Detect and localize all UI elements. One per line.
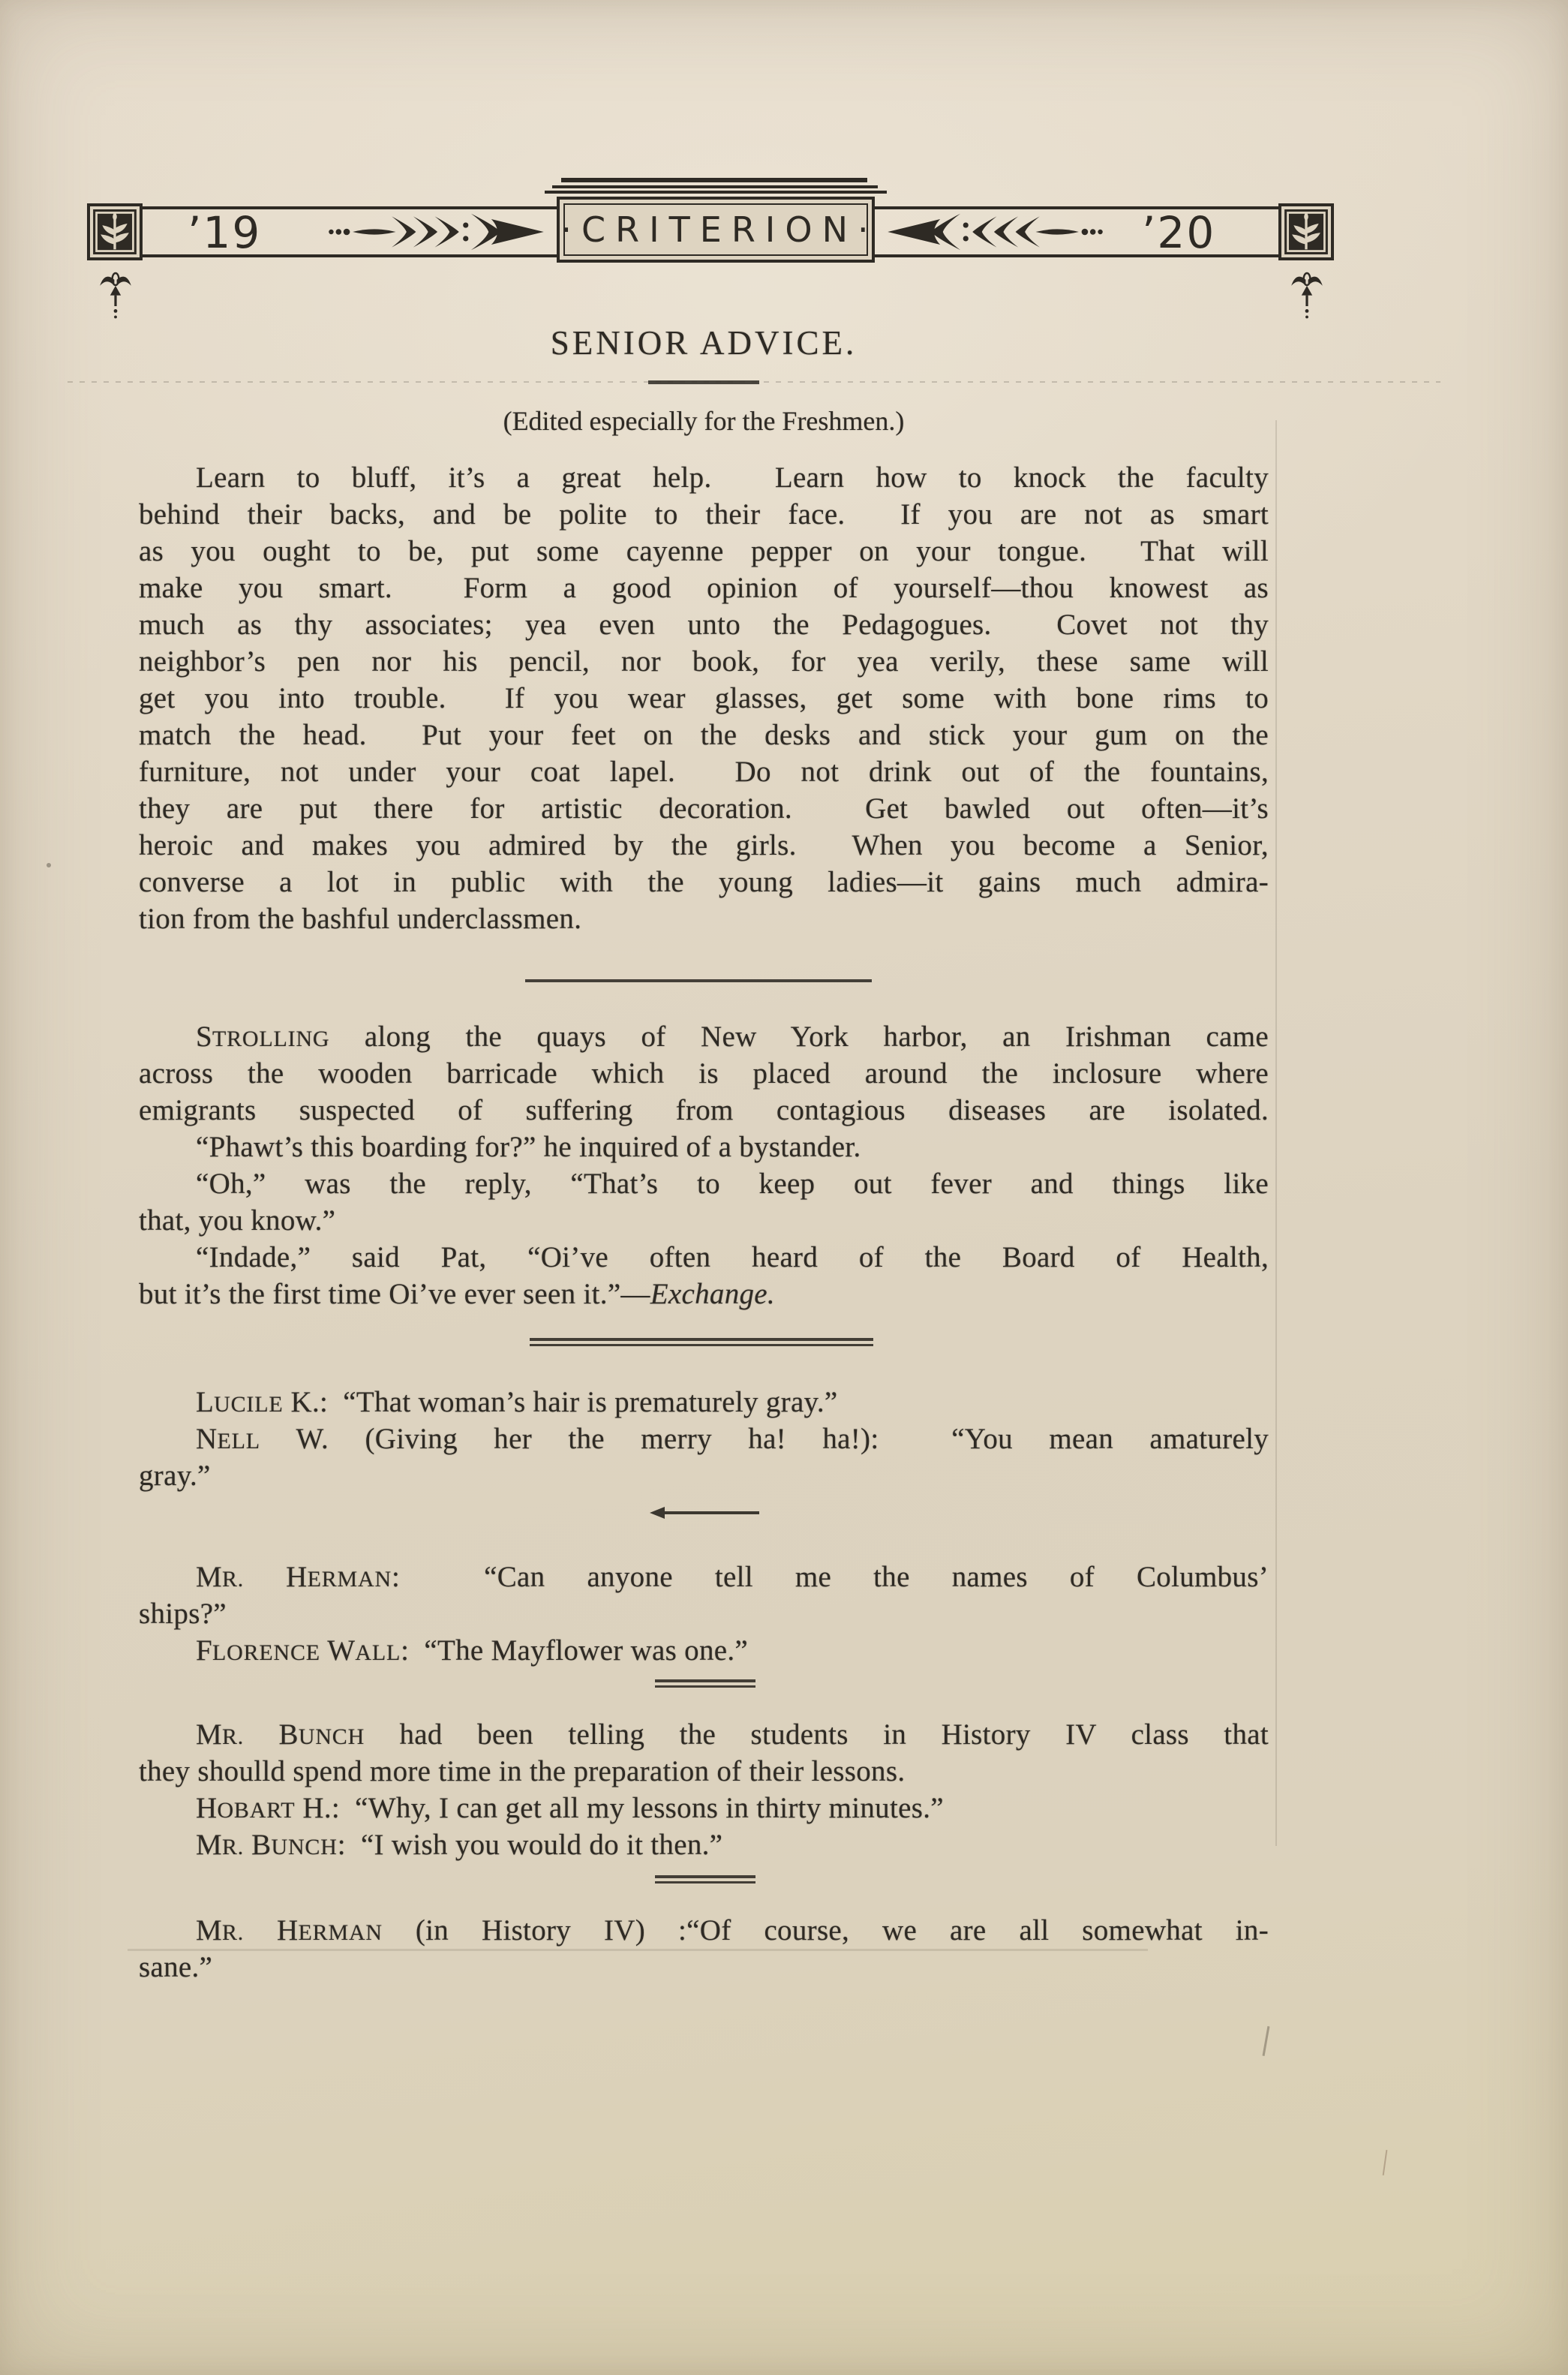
text-segment: H <box>196 1792 217 1824</box>
text-segment: R. <box>222 1835 244 1859</box>
text-line: make you smart. Form a good opinion of y… <box>139 570 1269 606</box>
text-segment: M <box>196 1829 222 1861</box>
text-segment: “Phawt’s this boarding for?” he inquired… <box>196 1131 861 1163</box>
text-segment: neighbor’s pen nor his pencil, nor book,… <box>139 645 1269 678</box>
text-segment: M <box>196 1718 222 1751</box>
text-segment: ships?” <box>139 1598 227 1630</box>
text-segment: H.: “Why, I can get all my lessons in th… <box>295 1792 944 1824</box>
feathered-arrows-right-icon <box>327 212 549 251</box>
text-segment: Learn to bluff, it’s a great help. Learn… <box>196 461 1269 494</box>
text-line: emigrants suspected of suffering from co… <box>139 1092 1269 1129</box>
text-segment: Exchange. <box>650 1278 775 1310</box>
text-line: NELL W. (Giving her the merry ha! ha!): … <box>139 1420 1269 1457</box>
text-segment: W. (Giving her the merry ha! ha!): “You … <box>260 1423 1269 1455</box>
text-segment: along the quays of New York harbor, an I… <box>329 1021 1269 1053</box>
text-line: FLORENCE WALL: “The Mayflower was one.” <box>139 1632 1269 1669</box>
text-segment: W <box>320 1634 355 1667</box>
text-segment: converse a lot in public with the young … <box>139 866 1269 898</box>
text-segment: N <box>196 1423 217 1455</box>
masthead-cornice-bar <box>552 185 878 188</box>
paragraph: MR. HERMAN (in History IV) :“Of course, … <box>139 1912 1269 1986</box>
text-line: LUCILE K.: “That woman’s hair is prematu… <box>139 1384 1269 1420</box>
paragraph: MR. BUNCH had been telling the students … <box>139 1716 1269 1863</box>
text-segment: but it’s the first time Oi’ve ever seen … <box>139 1278 650 1310</box>
text-line: MR. HERMAN (in History IV) :“Of course, … <box>139 1912 1269 1949</box>
text-segment: H <box>244 1914 298 1947</box>
text-segment: (in History IV) :“Of course, we are all … <box>383 1914 1269 1947</box>
fern-leaf-icon <box>93 209 137 254</box>
text-segment: UNCH <box>271 1835 337 1859</box>
banner-corner-block-right <box>1278 203 1334 260</box>
fern-leaf-icon <box>1284 209 1328 254</box>
text-line: “Indade,” said Pat, “Oi’ve often heard o… <box>139 1239 1269 1276</box>
banner-year-left: ’19 <box>188 212 261 254</box>
divider-rule-short <box>655 1875 755 1883</box>
text-line: sane.” <box>139 1949 1269 1986</box>
text-line: tion from the bashful underclassmen. <box>139 900 1269 937</box>
text-segment: make you smart. Form a good opinion of y… <box>139 572 1269 604</box>
text-segment: H <box>244 1561 307 1593</box>
masthead-box: ·CRITERION· <box>557 197 875 263</box>
text-segment: F <box>196 1634 212 1667</box>
text-segment: UNCH <box>299 1724 365 1749</box>
text-line: they are put there for artistic decorati… <box>139 790 1269 827</box>
text-segment: furniture, not under your coat lapel. Do… <box>139 756 1269 788</box>
paragraph: Learn to bluff, it’s a great help. Learn… <box>139 459 1269 937</box>
text-segment: ELL <box>217 1429 260 1454</box>
scan-artifact-crease <box>1275 420 1277 1846</box>
text-line: MR. BUNCH: “I wish you would do it then.… <box>139 1826 1269 1863</box>
text-line: neighbor’s pen nor his pencil, nor book,… <box>139 643 1269 680</box>
text-segment: they shoulld spend more time in the prep… <box>139 1755 905 1787</box>
text-line: much as thy associates; yea even unto th… <box>139 606 1269 643</box>
text-segment: “Oh,” was the reply, “That’s to keep out… <box>196 1168 1269 1200</box>
masthead-cornice-bar <box>561 178 867 182</box>
scan-artifact-speck <box>47 863 51 867</box>
text-line: HOBART H.: “Why, I can get all my lesson… <box>139 1790 1269 1826</box>
winged-arrow-ornament-icon <box>98 264 134 321</box>
banner-corner-block-left <box>87 203 143 260</box>
text-segment: M <box>196 1914 222 1947</box>
page-title: SENIOR ADVICE. <box>139 323 1269 362</box>
text-segment: get you into trouble. If you wear glasse… <box>139 682 1269 714</box>
text-segment: ERMAN <box>308 1567 392 1592</box>
text-line: behind their backs, and be polite to the… <box>139 496 1269 533</box>
text-line: gray.” <box>139 1457 1269 1494</box>
paragraph: MR. HERMAN: “Can anyone tell me the name… <box>139 1559 1269 1669</box>
text-segment: behind their backs, and be polite to the… <box>139 498 1269 531</box>
text-segment: ERMAN <box>299 1920 383 1945</box>
text-line: Learn to bluff, it’s a great help. Learn… <box>139 459 1269 496</box>
text-segment: UCILE <box>214 1392 283 1417</box>
scan-artifact-mark <box>1263 2026 1270 2056</box>
text-line: across the wooden barricade which is pla… <box>139 1055 1269 1092</box>
text-segment: : “I wish you would do it then.” <box>338 1829 723 1861</box>
text-line: match the head. Put your feet on the des… <box>139 717 1269 753</box>
text-segment: heroic and makes you admired by the girl… <box>139 829 1269 861</box>
masthead-cornice-bar <box>545 191 887 194</box>
text-line: furniture, not under your coat lapel. Do… <box>139 753 1269 790</box>
text-line: they shoulld spend more time in the prep… <box>139 1753 1269 1790</box>
scanned-yearbook-page: { "page": { "colors": { "paper": "#ded4c… <box>0 0 1568 2375</box>
text-segment: S <box>196 1021 212 1053</box>
divider-rule-short <box>655 1679 755 1688</box>
title-rule <box>648 380 759 384</box>
masthead-inner-frame: ·CRITERION· <box>563 203 868 256</box>
text-segment: M <box>196 1561 222 1593</box>
text-segment: B <box>244 1829 271 1861</box>
text-segment: : “The Mayflower was one.” <box>401 1634 748 1667</box>
text-segment: gray.” <box>139 1460 211 1492</box>
text-segment: B <box>244 1718 299 1751</box>
text-segment: as you ought to be, put some cayenne pep… <box>139 535 1269 567</box>
text-line: get you into trouble. If you wear glasse… <box>139 680 1269 717</box>
text-segment: sane.” <box>139 1951 212 1983</box>
text-line: converse a lot in public with the young … <box>139 864 1269 900</box>
text-segment: TROLLING <box>212 1027 329 1051</box>
text-segment: : “Can anyone tell me the names of Colum… <box>392 1561 1269 1593</box>
text-line: but it’s the first time Oi’ve ever seen … <box>139 1276 1269 1312</box>
paragraph: STROLLING along the quays of New York ha… <box>139 1018 1269 1312</box>
text-line: MR. HERMAN: “Can anyone tell me the name… <box>139 1559 1269 1595</box>
text-line: “Oh,” was the reply, “That’s to keep out… <box>139 1165 1269 1202</box>
text-segment: much as thy associates; yea even unto th… <box>139 609 1269 641</box>
text-segment: R. <box>222 1920 244 1945</box>
scan-artifact-mark <box>1383 2150 1388 2175</box>
text-segment: “Indade,” said Pat, “Oi’ve often heard o… <box>196 1241 1269 1273</box>
article: SENIOR ADVICE. (Edited especially for th… <box>139 319 1269 1986</box>
text-line: that, you know.” <box>139 1202 1269 1239</box>
text-segment: K.: “That woman’s hair is prematurely gr… <box>283 1386 837 1418</box>
text-line: as you ought to be, put some cayenne pep… <box>139 533 1269 570</box>
text-segment: R. <box>222 1567 244 1592</box>
content-blocks: Learn to bluff, it’s a great help. Learn… <box>139 459 1269 1986</box>
text-segment: had been telling the students in History… <box>365 1718 1269 1751</box>
text-segment: that, you know.” <box>139 1204 335 1237</box>
paragraph: LUCILE K.: “That woman’s hair is prematu… <box>139 1384 1269 1494</box>
text-segment: match the head. Put your feet on the des… <box>139 719 1269 751</box>
masthead-title: ·CRITERION· <box>553 209 878 250</box>
text-segment: LORENCE <box>212 1640 320 1665</box>
text-line: ships?” <box>139 1595 1269 1632</box>
divider-rule-arrow <box>650 1506 759 1520</box>
winged-arrow-ornament-icon <box>1289 264 1325 321</box>
article-subtitle: (Edited especially for the Freshmen.) <box>139 405 1269 437</box>
text-segment: they are put there for artistic decorati… <box>139 792 1269 825</box>
divider-rule-double <box>530 1338 873 1346</box>
text-segment: ALL <box>355 1640 401 1665</box>
text-segment: emigrants suspected of suffering from co… <box>139 1094 1269 1126</box>
text-segment: across the wooden barricade which is pla… <box>139 1057 1269 1090</box>
text-line: STROLLING along the quays of New York ha… <box>139 1018 1269 1055</box>
text-line: MR. BUNCH had been telling the students … <box>139 1716 1269 1753</box>
text-line: heroic and makes you admired by the girl… <box>139 827 1269 864</box>
text-line: “Phawt’s this boarding for?” he inquired… <box>139 1129 1269 1165</box>
text-segment: OBART <box>217 1798 295 1823</box>
text-segment: R. <box>222 1724 244 1749</box>
feathered-arrows-left-icon <box>882 212 1104 251</box>
banner-year-right: ’20 <box>1142 212 1215 254</box>
text-segment: L <box>196 1386 214 1418</box>
divider-rule-single <box>525 979 872 982</box>
text-segment: tion from the bashful underclassmen. <box>139 903 581 935</box>
